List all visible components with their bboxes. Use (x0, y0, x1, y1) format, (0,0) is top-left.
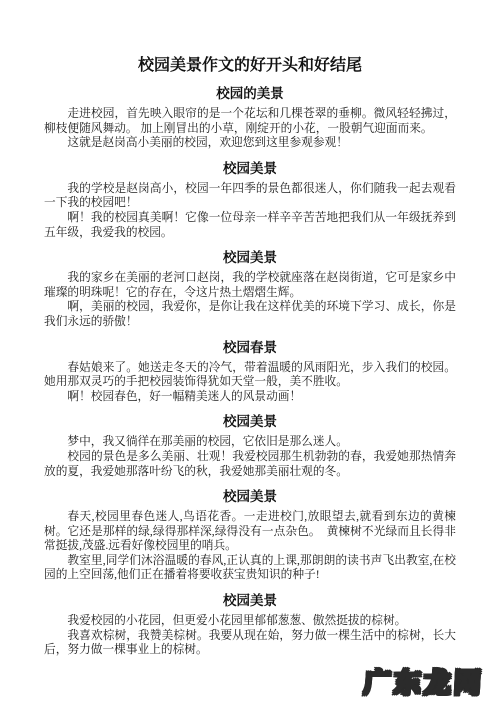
paragraph: 教室里,同学们沐浴温暖的春风,正认真的上课,那朗朗的读书声飞出教室,在校园的上空… (44, 554, 456, 583)
paragraph: 春姑娘来了。她送走冬天的冷气，带着温暖的风雨阳光，步入我们的校园。她用那双灵巧的… (44, 361, 456, 390)
section-paragraphs: 春天,校园里春色迷人,鸟语花香。一走进校门,放眼望去,就看到东边的黄楝树。它还是… (44, 510, 456, 583)
section-heading: 校园春景 (44, 339, 456, 356)
sections-container: 校园的美景 走进校园，首先映入眼帘的是一个花坛和几棵苍翠的垂柳。微风轻轻拂过，柳… (44, 85, 456, 658)
section-paragraphs: 我的家乡在美丽的老河口赵岗，我的学校就座落在赵岗街道，它可是家乡中璀璨的明珠呢！… (44, 271, 456, 329)
paragraph: 走进校园，首先映入眼帘的是一个花坛和几棵苍翠的垂柳。微风轻轻拂过，柳枝便随风舞动… (44, 107, 456, 136)
paragraph: 啊！我的校园真美啊！它像一位母亲一样辛辛苦苦地把我们从一年级抚养到五年级，我爱我… (44, 211, 456, 240)
essay-section: 校园的美景 走进校园，首先映入眼帘的是一个花坛和几棵苍翠的垂柳。微风轻轻拂过，柳… (44, 85, 456, 151)
paragraph: 春天,校园里春色迷人,鸟语花香。一走进校门,放眼望去,就看到东边的黄楝树。它还是… (44, 510, 456, 554)
section-paragraphs: 春姑娘来了。她送走冬天的冷气，带着温暖的风雨阳光，步入我们的校园。她用那双灵巧的… (44, 361, 456, 405)
section-heading: 校园美景 (44, 592, 456, 609)
section-paragraphs: 梦中，我又徜徉在那美丽的校园，它依旧是那么迷人。校园的景色是多么美丽、壮观！我爱… (44, 435, 456, 479)
essay-section: 校园美景 我的家乡在美丽的老河口赵岗，我的学校就座落在赵岗街道，它可是家乡中璀璨… (44, 249, 456, 329)
section-paragraphs: 我爱校园的小花园，但更爱小花园里郁郁葱葱、傲然挺拔的棕树。我喜欢棕树，我赞美棕树… (44, 614, 456, 658)
section-heading: 校园美景 (44, 413, 456, 430)
section-heading: 校园美景 (44, 160, 456, 177)
page-title: 校园美景作文的好开头和好结尾 (44, 56, 456, 76)
paragraph: 梦中，我又徜徉在那美丽的校园，它依旧是那么迷人。 (44, 435, 456, 450)
essay-section: 校园美景 梦中，我又徜徉在那美丽的校园，它依旧是那么迷人。校园的景色是多么美丽、… (44, 413, 456, 479)
section-paragraphs: 走进校园，首先映入眼帘的是一个花坛和几棵苍翠的垂柳。微风轻轻拂过，柳枝便随风舞动… (44, 107, 456, 151)
essay-section: 校园美景 我的学校是赵岗高小，校园一年四季的景色都很迷人，你们随我一起去观看一下… (44, 160, 456, 240)
essay-section: 校园春景 春姑娘来了。她送走冬天的冷气，带着温暖的风雨阳光，步入我们的校园。她用… (44, 339, 456, 405)
essay-section: 校园美景 我爱校园的小花园，但更爱小花园里郁郁葱葱、傲然挺拔的棕树。我喜欢棕树，… (44, 592, 456, 658)
section-heading: 校园的美景 (44, 85, 456, 102)
paragraph: 我喜欢棕树，我赞美棕树。我要从现在始，努力做一棵生活中的棕树，长大后，努力做一棵… (44, 629, 456, 658)
paragraph: 校园的景色是多么美丽、壮观！我爱校园那生机勃勃的春，我爱她那热情奔放的夏，我爱她… (44, 450, 456, 479)
paragraph: 我爱校园的小花园，但更爱小花园里郁郁葱葱、傲然挺拔的棕树。 (44, 614, 456, 629)
section-paragraphs: 我的学校是赵岗高小，校园一年四季的景色都很迷人，你们随我一起去观看一下我的校园吧… (44, 182, 456, 240)
paragraph: 啊，美丽的校园，我爱你，是你让我在这样优美的环境下学习、成长，你是我们永远的骄傲… (44, 300, 456, 329)
watermark: 广东龙网 (363, 661, 485, 700)
paragraph: 这就是赵岗高小美丽的校园，欢迎您到这里参观参观！ (44, 136, 456, 151)
section-heading: 校园美景 (44, 488, 456, 505)
paragraph: 我的家乡在美丽的老河口赵岗，我的学校就座落在赵岗街道，它可是家乡中璀璨的明珠呢！… (44, 271, 456, 300)
section-heading: 校园美景 (44, 249, 456, 266)
paragraph: 我的学校是赵岗高小，校园一年四季的景色都很迷人，你们随我一起去观看一下我的校园吧… (44, 182, 456, 211)
paragraph: 啊！校园春色，好一幅精美迷人的风景动画！ (44, 390, 456, 405)
essay-section: 校园美景 春天,校园里春色迷人,鸟语花香。一走进校门,放眼望去,就看到东边的黄楝… (44, 488, 456, 583)
document-page: 校园美景作文的好开头和好结尾 校园的美景 走进校园，首先映入眼帘的是一个花坛和几… (0, 0, 500, 708)
